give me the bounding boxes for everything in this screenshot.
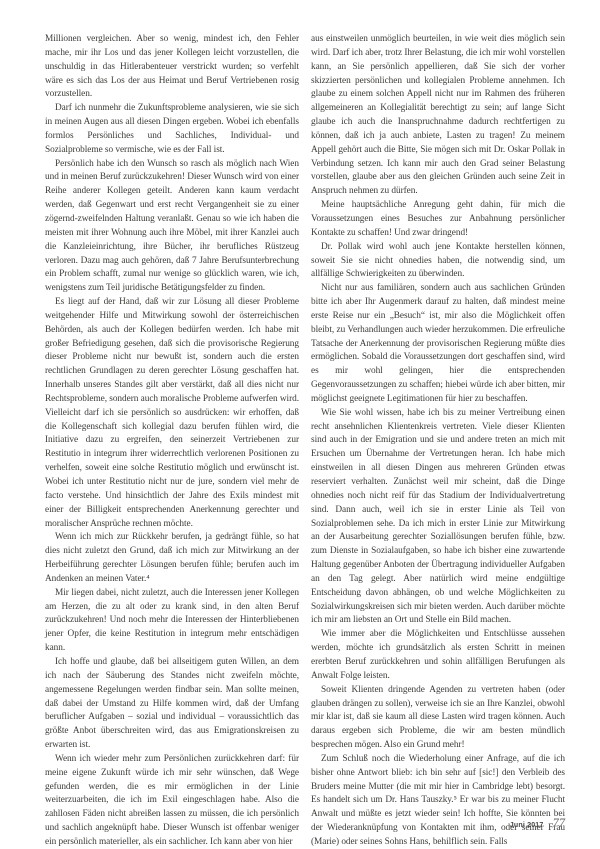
paragraph: Dr. Pollak wird wohl auch jene Kontakte … xyxy=(311,241,565,283)
paragraph: aus einstweilen unmöglich beurteilen, in… xyxy=(311,33,565,199)
text-body: Millionen vergleichen. Aber so wenig, mi… xyxy=(45,33,565,849)
paragraph: Wie immer aber die Möglichkeiten und Ent… xyxy=(311,628,565,683)
page-footer: Juni 2017 77 xyxy=(510,816,565,831)
paragraph: Mir liegen dabei, nicht zuletzt, auch di… xyxy=(45,587,299,656)
paragraph: Meine hauptsächliche Anregung geht dahin… xyxy=(311,199,565,241)
paragraph: Soweit Klienten dringende Agenden zu ver… xyxy=(311,684,565,753)
paragraph: Darf ich nunmehr die Zukunftsprobleme an… xyxy=(45,102,299,157)
issue-date: Juni 2017 xyxy=(510,822,544,829)
paragraph: Wie Sie wohl wissen, habe ich bis zu mei… xyxy=(311,407,565,629)
left-column: Millionen vergleichen. Aber so wenig, mi… xyxy=(45,33,299,849)
page: Millionen vergleichen. Aber so wenig, mi… xyxy=(0,0,600,849)
paragraph: Persönlich habe ich den Wunsch so rasch … xyxy=(45,158,299,296)
paragraph: Zum Schluß noch die Wiederholung einer A… xyxy=(311,753,565,849)
page-number: 77 xyxy=(553,816,566,831)
paragraph: Nicht nur aus familiären, sondern auch a… xyxy=(311,282,565,407)
paragraph: Ich hoffe und glaube, daß bei allseitige… xyxy=(45,656,299,753)
right-column: aus einstweilen unmöglich beurteilen, in… xyxy=(311,33,565,849)
paragraph: Es liegt auf der Hand, daß wir zur Lösun… xyxy=(45,296,299,531)
paragraph: Wenn ich mich zur Rückkehr berufen, ja g… xyxy=(45,531,299,586)
paragraph: Millionen vergleichen. Aber so wenig, mi… xyxy=(45,33,299,102)
paragraph: Wenn ich wieder mehr zum Persönlichen zu… xyxy=(45,753,299,849)
